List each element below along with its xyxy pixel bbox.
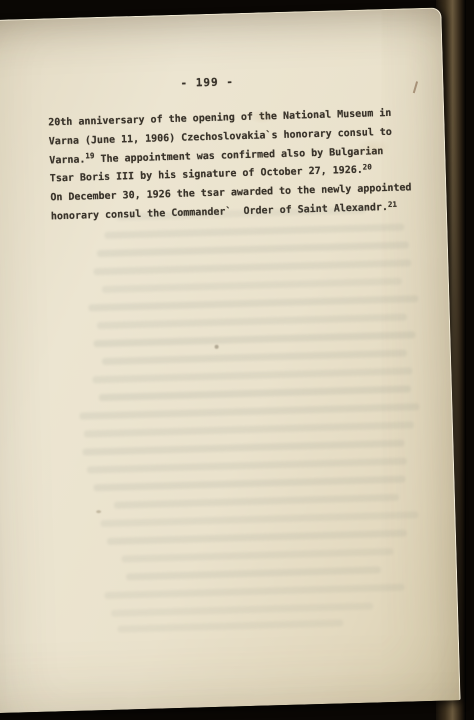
bleed-through-line bbox=[104, 224, 404, 239]
body-text: 20th anniversary of the opening of the N… bbox=[48, 104, 413, 227]
paper-scratch-mark bbox=[413, 81, 418, 93]
paper-speck bbox=[215, 345, 219, 349]
bleed-through-line bbox=[117, 619, 343, 632]
page: - 199 - 20th anniversary of the opening … bbox=[0, 7, 461, 713]
bleed-through-line bbox=[87, 458, 407, 474]
bleed-through-line bbox=[97, 314, 407, 330]
bleed-through-line bbox=[126, 566, 381, 580]
bleed-through-line bbox=[107, 530, 407, 545]
bleed-through-line bbox=[111, 603, 373, 617]
bleed-through-line bbox=[121, 548, 393, 563]
bleed-through-line bbox=[79, 403, 419, 419]
page-number: - 199 - bbox=[87, 73, 327, 93]
bleed-through-line bbox=[104, 584, 404, 599]
bleed-through-line bbox=[93, 331, 415, 347]
bleed-through-line bbox=[92, 367, 412, 383]
bleed-through-line bbox=[100, 511, 418, 527]
footnote-ref: 21 bbox=[388, 199, 397, 208]
bleed-through-line bbox=[114, 494, 399, 509]
bleed-through-line bbox=[97, 241, 409, 257]
bleed-through-line bbox=[82, 440, 404, 456]
footnote-ref: 20 bbox=[363, 162, 372, 171]
book-page-photo: - 199 - 20th anniversary of the opening … bbox=[0, 0, 474, 720]
bleed-through-line bbox=[102, 278, 402, 293]
paper-speck bbox=[96, 510, 101, 513]
bleed-through-line bbox=[102, 350, 407, 366]
bleed-through-line bbox=[88, 295, 418, 311]
bleed-through-line bbox=[84, 421, 414, 437]
bleed-through-line bbox=[93, 476, 405, 492]
footnote-ref: 19 bbox=[85, 151, 94, 160]
bleed-through-line bbox=[99, 385, 411, 401]
bleed-through-line bbox=[93, 259, 411, 275]
